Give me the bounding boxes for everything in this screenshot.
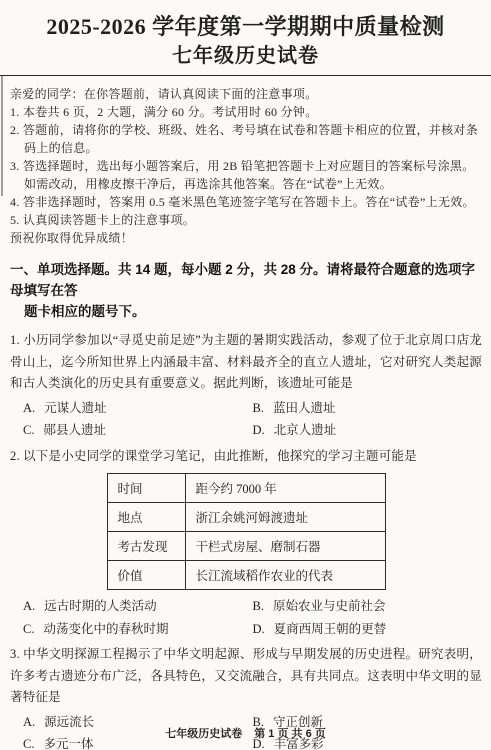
- option-b: B.蓝田人遗址: [253, 397, 483, 420]
- notice-item-3: 3. 答选择题时，选出每小题答案后，用 2B 铅笔把答题卡上对应题目的答案标号涂…: [10, 157, 483, 193]
- option-label: D.: [253, 622, 265, 636]
- option-label: C.: [23, 622, 34, 636]
- option-text: 元谋人遗址: [44, 401, 107, 415]
- footer-page-number: 第 1 页 共 6 页: [254, 728, 326, 740]
- exam-title: 2025-2026 学年度第一学期期中质量检测: [0, 12, 491, 42]
- question-1: 1. 小历同学参加以“寻觅史前足迹”为主题的暑期实践活动，参观了位于北京周口店龙…: [10, 330, 482, 442]
- notice-item-4: 4. 答非选择题时，答案用 0.5 毫米黑色笔迹签字笔写在答题卡上。答在“试卷”…: [10, 193, 483, 211]
- notice-wish: 预祝你取得优异成绩！: [10, 229, 483, 247]
- row-value-cell: 浙江余姚河姆渡遗址: [185, 503, 385, 532]
- option-label: D.: [253, 423, 265, 437]
- exam-subtitle: 七年级历史试卷: [0, 42, 491, 70]
- notice-intro: 亲爱的同学：在你答题前，请认真阅读下面的注意事项。: [10, 85, 483, 103]
- exam-page: 2025-2026 学年度第一学期期中质量检测 七年级历史试卷 亲爱的同学：在你…: [0, 0, 491, 750]
- question-text: 2. 以下是小史同学的课堂学习笔记，由此推断，他探究的学习主题可能是: [10, 446, 482, 468]
- option-text: 远古时期的人类活动: [44, 599, 157, 613]
- row-value-cell: 干栏式房屋、磨制石器: [185, 532, 385, 561]
- section-1-heading: 一、单项选择题。共 14 题，每小题 2 分，共 28 分。请将最符合题意的选项…: [0, 247, 491, 322]
- row-label-cell: 地点: [107, 503, 185, 532]
- notice-item-5: 5. 认真阅读答题卡上的注意事项。: [10, 211, 483, 229]
- option-label: C.: [23, 423, 34, 437]
- options-grid: A.元谋人遗址 B.蓝田人遗址 C.郧县人遗址 D.北京人遗址: [10, 397, 482, 442]
- row-label-cell: 时间: [107, 474, 185, 503]
- option-d: D.夏商西周王朝的更替: [253, 618, 483, 641]
- option-a: A.元谋人遗址: [23, 397, 253, 420]
- option-label: B.: [253, 599, 264, 613]
- study-notes-table: 时间 距今约 7000 年 地点 浙江余姚河姆渡遗址 考古发现 干栏式房屋、磨制…: [107, 473, 386, 590]
- section-heading-main: 一、单项选择题。共 14 题，每小题 2 分，共 28 分。请将最符合题意的选项…: [10, 259, 483, 301]
- question-text: 3. 中华文明探源工程揭示了中华文明起源、形成与早期发展的历史进程。研究表明，许…: [10, 644, 482, 709]
- options-grid: A.远古时期的人类活动 B.原始农业与史前社会 C.动荡变化中的春秋时期 D.夏…: [10, 595, 482, 640]
- row-value-cell: 距今约 7000 年: [185, 474, 385, 503]
- option-b: B.原始农业与史前社会: [253, 595, 483, 618]
- page-footer: 七年级历史试卷第 1 页 共 6 页: [0, 725, 491, 741]
- option-text: 原始农业与史前社会: [273, 599, 386, 613]
- option-label: B.: [253, 401, 264, 415]
- table-row: 价值 长江流域稻作农业的代表: [107, 561, 385, 590]
- notice-item-1: 1. 本卷共 6 页，2 大题，满分 60 分。考试用时 60 分钟。: [10, 103, 483, 121]
- option-text: 夏商西周王朝的更替: [274, 622, 387, 636]
- table-row: 地点 浙江余姚河姆渡遗址: [107, 503, 385, 532]
- exam-header: 2025-2026 学年度第一学期期中质量检测 七年级历史试卷: [0, 0, 491, 70]
- table-row: 时间 距今约 7000 年: [107, 474, 385, 503]
- row-label-cell: 价值: [107, 561, 185, 590]
- questions-list: 1. 小历同学参加以“寻觅史前足迹”为主题的暑期实践活动，参观了位于北京周口店龙…: [0, 322, 491, 750]
- option-text: 北京人遗址: [274, 423, 337, 437]
- option-a: A.远古时期的人类活动: [23, 595, 253, 618]
- notice-item-2: 2. 答题前，请将你的学校、班级、姓名、考号填在试卷和答题卡相应的位置，并核对条…: [10, 121, 483, 157]
- question-text: 1. 小历同学参加以“寻觅史前足迹”为主题的暑期实践活动，参观了位于北京周口店龙…: [10, 330, 482, 395]
- option-label: A.: [23, 401, 35, 415]
- notice-box: 亲爱的同学：在你答题前，请认真阅读下面的注意事项。 1. 本卷共 6 页，2 大…: [0, 76, 491, 247]
- footer-doc-title: 七年级历史试卷: [165, 728, 242, 740]
- option-c: C.动荡变化中的春秋时期: [23, 618, 253, 641]
- table-row: 考古发现 干栏式房屋、磨制石器: [107, 532, 385, 561]
- option-text: 动荡变化中的春秋时期: [43, 622, 168, 636]
- scan-edge-artifact: [1, 76, 3, 196]
- row-label-cell: 考古发现: [107, 532, 185, 561]
- option-d: D.北京人遗址: [253, 419, 483, 442]
- option-c: C.郧县人遗址: [23, 419, 253, 442]
- option-text: 蓝田人遗址: [273, 401, 336, 415]
- section-heading-continuation: 题卡相应的题号下。: [10, 301, 483, 322]
- option-label: A.: [23, 599, 35, 613]
- row-value-cell: 长江流域稻作农业的代表: [185, 561, 385, 590]
- question-2: 2. 以下是小史同学的课堂学习笔记，由此推断，他探究的学习主题可能是 时间 距今…: [10, 446, 482, 641]
- option-text: 郧县人遗址: [43, 423, 106, 437]
